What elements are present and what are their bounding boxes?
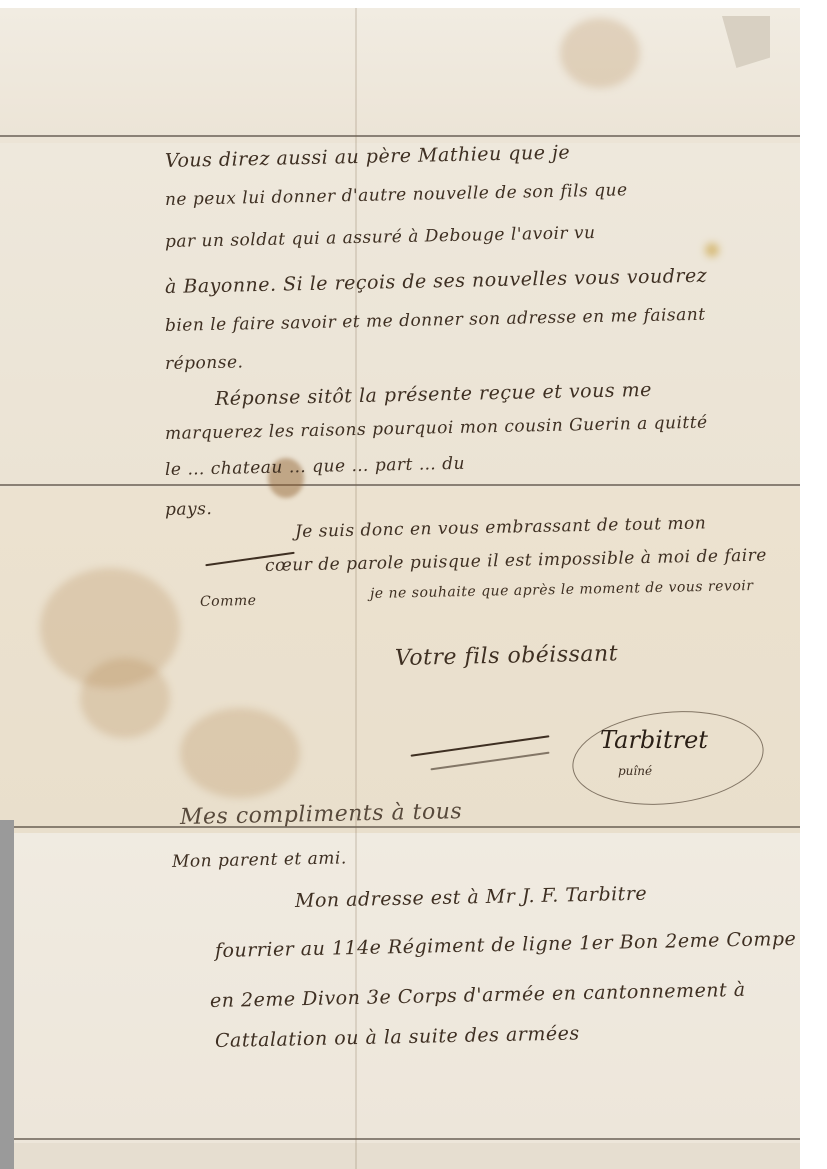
scan-edge — [0, 820, 14, 1169]
letter-line: réponse. — [165, 352, 244, 374]
closing-line: Votre fils obéissant — [395, 641, 619, 671]
stain — [180, 708, 300, 798]
signature-suffix: puîné — [618, 764, 652, 778]
stain — [560, 18, 640, 88]
postscript-salutation: Mon parent et ami. — [172, 848, 347, 872]
signature-name: Tarbitret — [600, 726, 708, 754]
stain — [80, 658, 170, 738]
top-panel — [0, 8, 800, 143]
letter-line: pays. — [165, 499, 213, 520]
fold-line — [0, 1138, 800, 1140]
fold-line — [0, 826, 800, 828]
bottom-panel — [0, 1143, 800, 1169]
fold-line — [0, 135, 800, 137]
stain — [705, 243, 719, 257]
letter-line: Comme — [200, 593, 257, 610]
fold-line — [0, 484, 800, 486]
